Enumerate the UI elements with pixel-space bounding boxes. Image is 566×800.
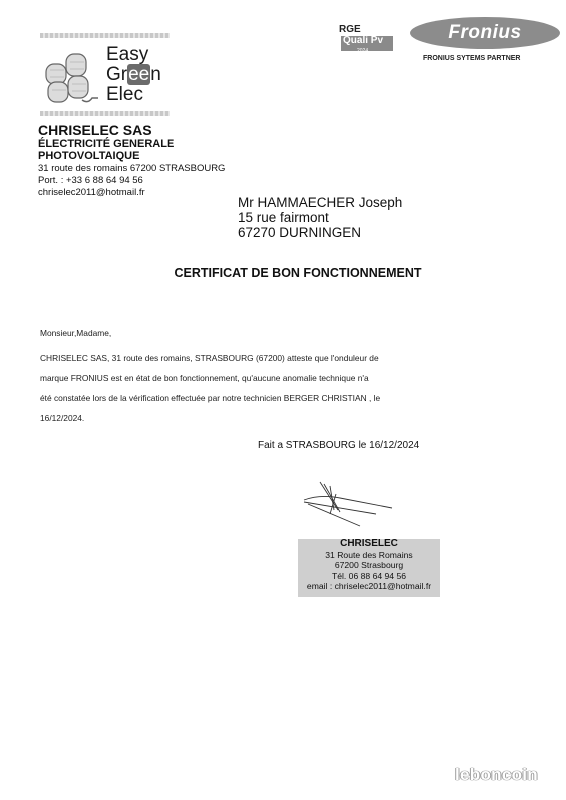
recipient-city: 67270 DURNINGEN <box>238 225 361 240</box>
rge-qualipv-badge: RGE Quali Pv 2024 <box>337 24 395 52</box>
company-activity-1: ÉLECTRICITÉ GENERALE <box>38 138 174 150</box>
recipient-name: Mr HAMMAECHER Joseph <box>238 195 402 210</box>
company-phone: Port. : +33 6 88 64 94 56 <box>38 175 143 186</box>
document-title: CERTIFICAT DE BON FONCTIONNEMENT <box>0 266 566 280</box>
leboncoin-watermark: leboncoin <box>455 765 538 785</box>
fronius-logo: Fronius <box>410 17 560 49</box>
company-address: 31 route des romains 67200 STRASBOURG <box>38 163 225 174</box>
body-line: marque FRONIUS est en état de bon foncti… <box>40 373 369 383</box>
fronius-partner-label: FRONIUS SYTEMS PARTNER <box>423 55 521 62</box>
logo-line-easy: Easy <box>106 45 161 65</box>
company-email: chriselec2011@hotmail.fr <box>38 187 145 198</box>
company-stamp: CHRISELEC 31 Route des Romains 67200 Str… <box>298 539 440 597</box>
logo-bottom-bar <box>40 111 170 116</box>
logo-top-bar <box>40 33 170 38</box>
place-date: Fait a STRASBOURG le 16/12/2024 <box>258 440 419 451</box>
solar-clover-logo-icon <box>42 50 100 106</box>
recipient-street: 15 rue fairmont <box>238 210 329 225</box>
company-activity-2: PHOTOVOLTAIQUE <box>38 150 139 162</box>
body-line: 16/12/2024. <box>40 413 84 423</box>
body-line: CHRISELEC SAS, 31 route des romains, STR… <box>40 353 379 363</box>
logo-line-elec: Elec <box>106 85 161 105</box>
signature-icon <box>300 480 400 530</box>
company-logo-text: Easy Green Elec <box>106 45 161 105</box>
body-line: été constatée lors de la vérification ef… <box>40 393 380 403</box>
salutation: Monsieur,Madame, <box>40 328 111 338</box>
logo-line-green: Green <box>106 65 161 85</box>
company-name: CHRISELEC SAS <box>38 122 152 138</box>
